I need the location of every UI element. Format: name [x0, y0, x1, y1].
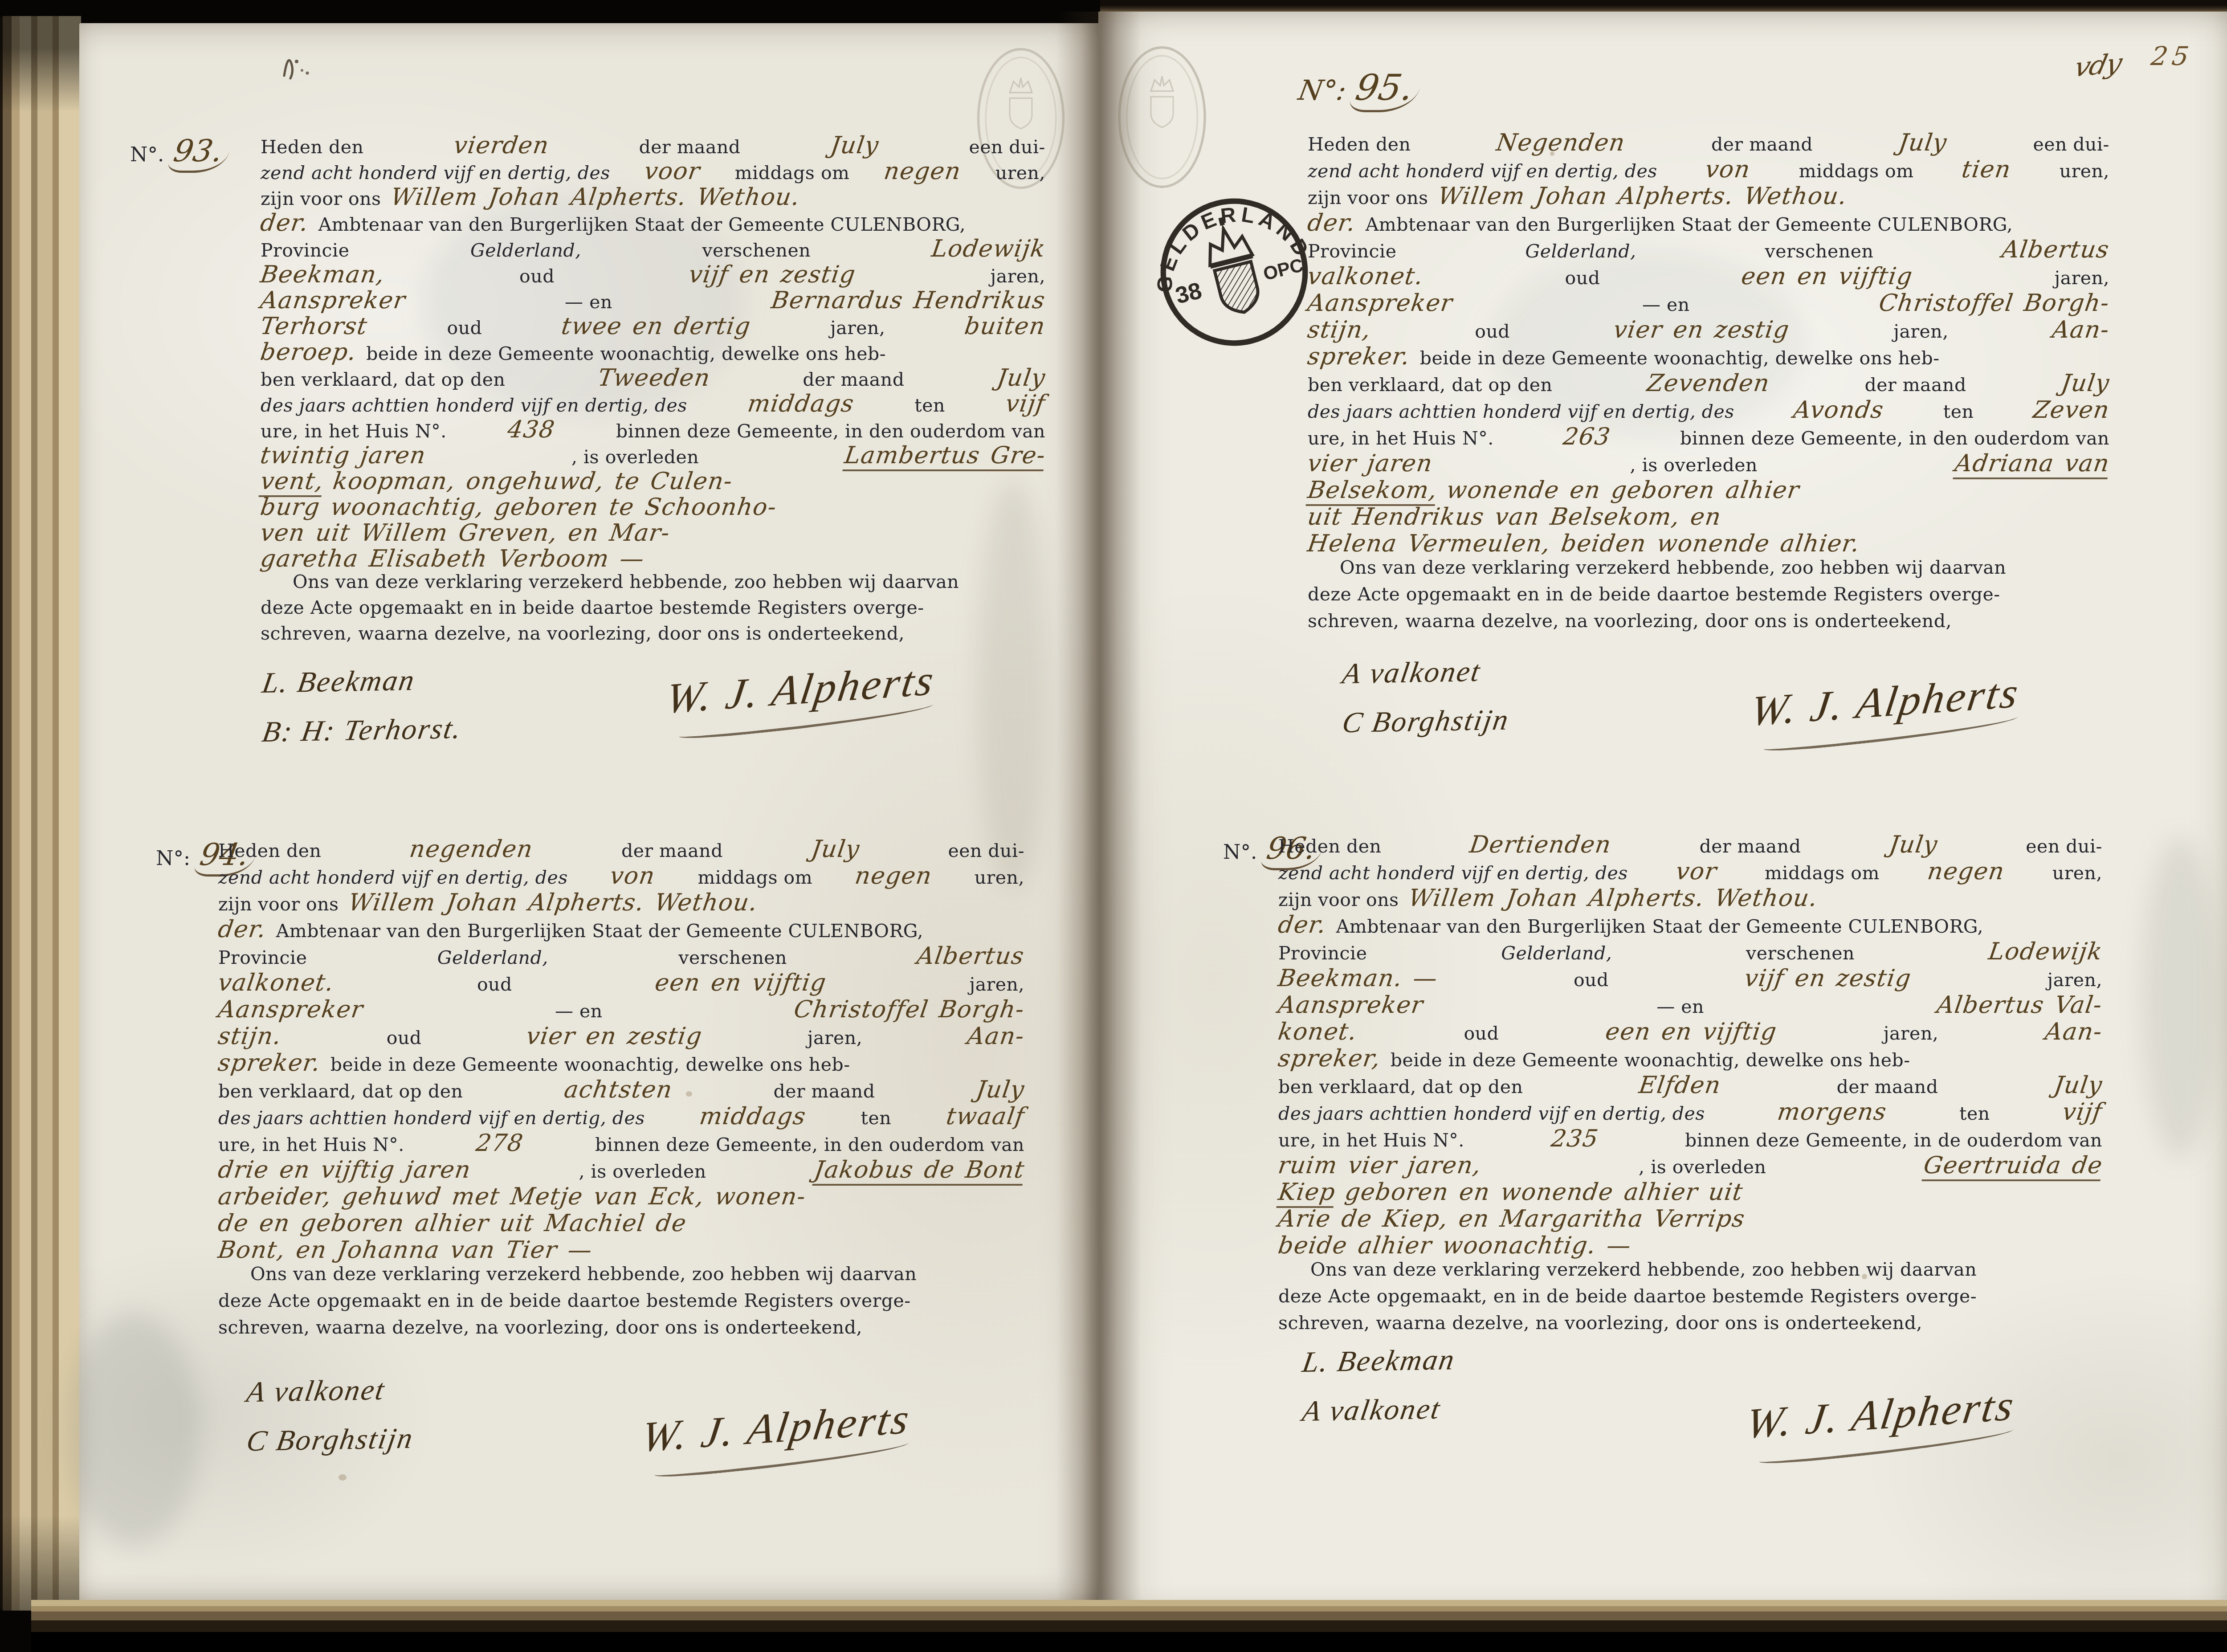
printed-text: middags om — [1799, 160, 1914, 182]
handwritten-text: Aan- — [966, 1023, 1026, 1050]
printed-text: verschenen — [678, 947, 787, 968]
record-line: Beekman,oudvijf en zestigjaren, — [261, 261, 1045, 287]
printed-text: een dui- — [2026, 836, 2102, 857]
printed-text: verschenen — [702, 240, 811, 261]
death-record-94: Heden dennegendender maandJulyeen dui-ze… — [218, 836, 1024, 1343]
printed-text: des jaars achttien honderd vijf en derti… — [218, 1107, 645, 1129]
printed-text: deze Acte opgemaakt en in beide daartoe … — [261, 597, 924, 618]
record-line: garetha Elisabeth Verboom — — [261, 545, 1045, 571]
corner-check-mark: vdy — [2072, 48, 2124, 83]
printed-text: Heden den — [1308, 134, 1411, 155]
handwritten-text: July — [809, 836, 861, 863]
printed-text: schreven, waarna dezelve, na voorlezing,… — [261, 623, 905, 644]
handwritten-text: der. — [259, 209, 310, 237]
witness-signature: A valkonet — [1300, 1392, 1458, 1428]
printed-text: Gelderland, — [1501, 942, 1612, 964]
printed-text: ben verklaard, dat op den — [261, 369, 505, 390]
record-line: zend acht honderd vijf en dertig, desvon… — [1308, 156, 2109, 183]
printed-text: zijn voor ons — [1308, 187, 1428, 208]
death-record-95: Heden denNegendender maandJulyeen dui-ze… — [1308, 129, 2109, 637]
handwritten-text: Lambertus Gre- — [842, 442, 1047, 471]
printed-text: middags om — [735, 162, 850, 184]
record-line: schreven, waarna dezelve, na voorlezing,… — [218, 1317, 1024, 1343]
record-line: Heden dennegendender maandJulyeen dui- — [218, 836, 1024, 862]
record-line: zijn voor onsWillem Johan Alpherts. Weth… — [1308, 183, 2109, 209]
handwritten-text: Elfden — [1637, 1072, 1722, 1099]
record-line: spreker,beide in deze Gemeente woonachti… — [1278, 1045, 2102, 1072]
stamp-value-left: 38 — [1173, 277, 1204, 309]
handwritten-text: 278 — [474, 1130, 525, 1157]
record-line: Belsekom,wonende en geboren alhier — [1308, 477, 2109, 503]
handwritten-text: vor — [1674, 858, 1718, 885]
printed-text: beide in deze Gemeente woonachtig, dewel… — [330, 1054, 850, 1075]
record-line: burg woonachtig, geboren te Schoonho- — [261, 494, 1045, 519]
record-line: des jaars achttien honderd vijf en derti… — [218, 1103, 1024, 1130]
handwritten-text: Willem Johan Alpherts. Wethou. — [347, 889, 759, 916]
handwritten-text: Aan- — [2043, 1018, 2104, 1045]
handwritten-text: July — [829, 132, 881, 159]
handwritten-text: twintig jaren — [259, 442, 428, 469]
record-line: schreven, waarna dezelve, na voorlezing,… — [1278, 1312, 2102, 1339]
handwritten-text: twee en dertig — [560, 313, 753, 340]
handwritten-text: Albertus Val- — [1935, 991, 2104, 1019]
printed-text: oud — [477, 974, 512, 995]
record-number-value: 95. — [1348, 67, 1423, 112]
printed-text: Ambtenaar van den Burgerlijken Staat der… — [276, 920, 923, 942]
handwritten-text: Willem Johan Alpherts. Wethou. — [1436, 183, 1848, 210]
handwritten-text: Aanspreker — [216, 996, 365, 1023]
record-number-label: N°. — [130, 143, 164, 166]
record-number-label: N°. — [1223, 840, 1257, 864]
record-line: ben verklaard, dat op denElfdender maand… — [1278, 1072, 2102, 1098]
printed-text: Ambtenaar van den Burgerlijken Staat der… — [1366, 214, 2013, 235]
printed-text: binnen deze Gemeente, in den ouderdom va… — [595, 1134, 1024, 1155]
printed-text: jaren, — [1884, 1023, 1938, 1044]
record-line: spreker.beide in deze Gemeente woonachti… — [1308, 343, 2109, 370]
printed-text: oud — [1565, 267, 1600, 289]
printed-text: Ambtenaar van den Burgerlijken Staat der… — [1336, 916, 1983, 937]
book-page-edges-bottom — [31, 1600, 2227, 1652]
record-line: Bont, en Johanna van Tier — — [218, 1236, 1024, 1263]
handwritten-text: tien — [1960, 156, 2013, 183]
handwritten-text: valkonet. — [1306, 263, 1425, 290]
printed-text: ten — [1959, 1103, 1990, 1124]
record-line: beroep.beide in deze Gemeente woonachtig… — [261, 339, 1045, 364]
printed-text: Heden den — [261, 136, 363, 158]
handwritten-text: Christoffel Borgh- — [792, 996, 1027, 1023]
printed-text: jaren, — [808, 1027, 862, 1048]
handwritten-text: uit Hendrikus van Belsekom, en — [1306, 503, 1723, 530]
printed-text: Provincie — [218, 947, 307, 968]
embossed-seal-icon — [1113, 43, 1211, 192]
printed-text: Ons van deze verklaring verzekerd hebben… — [293, 571, 959, 592]
printed-text: zend acht honderd vijf en dertig, des — [1308, 160, 1657, 182]
printed-text: — en — [1642, 294, 1690, 315]
printed-text: der maand — [1865, 374, 1966, 396]
handwritten-text: vier jaren — [1306, 450, 1435, 477]
handwritten-text: Aan- — [2051, 316, 2111, 343]
handwritten-text: garetha Elisabeth Verboom — — [259, 545, 646, 572]
record-line: vier jaren, is overledenAdriana van — [1308, 450, 2109, 477]
record-line: de en geboren alhier uit Machiel de — [218, 1210, 1024, 1236]
record-line: ben verklaard, dat op denZevendender maa… — [1308, 370, 2109, 396]
handwritten-text: Dertienden — [1468, 831, 1613, 858]
photo-background: GELDERLAND 38 OPC vdy 25 N°. 93. N°: 94.… — [0, 0, 2227, 1652]
handwritten-text: Lodewijk — [1986, 938, 2104, 965]
record-line: Ons van deze verklaring verzekerd hebben… — [261, 571, 1045, 597]
printed-text: jaren, — [2048, 969, 2102, 991]
record-line: Ons van deze verklaring verzekerd hebben… — [1308, 557, 2109, 583]
handwritten-text: vijf en zestig — [687, 261, 857, 288]
record-line: ure, in het Huis N°.278binnen deze Gemee… — [218, 1130, 1024, 1156]
record-line: beide alhier woonachtig. — — [1278, 1232, 2102, 1259]
foxing-spot — [339, 1474, 347, 1481]
printed-text: jaren, — [970, 974, 1024, 995]
witness-signature: L. Beekman — [260, 663, 465, 700]
printed-text: Gelderland, — [470, 240, 581, 261]
printed-text: , is overleden — [1630, 454, 1758, 476]
printed-text: der maand — [1699, 836, 1801, 857]
record-line: zend acht honderd vijf en dertig, desvor… — [1278, 858, 2102, 885]
printed-text: ten — [861, 1107, 892, 1129]
record-line: des jaars achttien honderd vijf en derti… — [261, 390, 1045, 416]
record-number-95: N°: 95. — [1299, 67, 1419, 112]
record-line: schreven, waarna dezelve, na voorlezing,… — [261, 623, 1045, 649]
handwritten-text: ven uit Willem Greven, en Mar- — [259, 519, 672, 547]
book-page-edges-left — [0, 16, 81, 1611]
record-line: stijn.oudvier en zestigjaren,Aan- — [218, 1023, 1024, 1049]
handwritten-text: middags — [746, 390, 856, 417]
printed-text: schreven, waarna dezelve, na voorlezing,… — [218, 1317, 862, 1338]
record-number-label: N°: — [1296, 74, 1349, 106]
handwritten-text: Beekman. — — [1277, 965, 1440, 992]
record-line: valkonet.oudeen en vijftigjaren, — [218, 969, 1024, 996]
record-line: Heden denDertiendender maandJulyeen dui- — [1278, 831, 2102, 858]
printed-text: der maand — [1836, 1076, 1938, 1097]
handwritten-text: Negenden — [1495, 129, 1627, 156]
handwritten-text: Aanspreker — [1306, 290, 1455, 317]
printed-text: verschenen — [1746, 942, 1855, 964]
handwritten-text: een en vijftig — [653, 969, 828, 996]
handwritten-text: vijf — [1004, 390, 1048, 417]
record-line: twintig jaren, is overledenLambertus Gre… — [261, 442, 1045, 468]
record-line: der.Ambtenaar van den Burgerlijken Staat… — [261, 209, 1045, 235]
record-line: Aanspreker— enBernardus Hendrikus — [261, 287, 1045, 313]
handwritten-text: July — [974, 1076, 1026, 1103]
handwritten-text: Aanspreker — [1277, 991, 1425, 1019]
handwritten-text: vijf — [2061, 1098, 2105, 1126]
printed-text: oud — [1475, 321, 1510, 342]
printed-text: ure, in het Huis N°. — [218, 1134, 404, 1155]
printed-text: jaren, — [2055, 267, 2109, 289]
printed-text: der maand — [621, 840, 723, 861]
printed-text: , is overleden — [571, 446, 699, 468]
handwritten-text: negen — [882, 158, 963, 185]
handwritten-text: 235 — [1549, 1125, 1600, 1152]
witness-signatures-95: A valkonetC Borghstijn — [1343, 656, 1509, 738]
printed-text: Provincie — [261, 240, 349, 261]
handwritten-text: der. — [1306, 209, 1358, 237]
record-line: Heden denvierdender maandJulyeen dui- — [261, 132, 1045, 158]
handwritten-text: von — [1704, 156, 1752, 183]
printed-text: Gelderland, — [1525, 241, 1636, 262]
record-line: stijn,oudvier en zestigjaren,Aan- — [1308, 316, 2109, 343]
record-line: konet.oudeen en vijftigjaren,Aan- — [1278, 1018, 2102, 1045]
printed-text: uren, — [2060, 160, 2109, 182]
printed-text: oud — [447, 317, 482, 339]
printed-text: ben verklaard, dat op den — [1278, 1076, 1523, 1097]
witness-signature: L. Beekman — [1300, 1343, 1458, 1379]
printed-text: schreven, waarna dezelve, na voorlezing,… — [1308, 610, 1952, 632]
handwritten-text: der. — [216, 916, 268, 943]
handwritten-text: negenden — [408, 836, 535, 863]
handwritten-text: spreker, — [1277, 1045, 1383, 1072]
record-line: ure, in het Huis N°.235binnen deze Gemee… — [1278, 1125, 2102, 1152]
printed-text: beide in deze Gemeente woonachtig, dewel… — [366, 343, 886, 364]
printed-text: een dui- — [948, 840, 1024, 861]
record-line: ProvincieGelderland,verschenenLodewijk — [1278, 938, 2102, 965]
record-line: des jaars achttien honderd vijf en derti… — [1308, 396, 2109, 423]
handwritten-text: geboren en wonende alhier uit — [1343, 1179, 1745, 1206]
printed-text: ure, in het Huis N°. — [1308, 428, 1494, 449]
printed-text: Ons van deze verklaring verzekerd hebben… — [1340, 557, 2006, 578]
death-record-96: Heden denDertiendender maandJulyeen dui-… — [1278, 831, 2102, 1339]
record-number-value: 93. — [167, 134, 232, 173]
handwritten-text: vijf en zestig — [1743, 965, 1913, 992]
printed-text: beide in deze Gemeente woonachtig, dewel… — [1420, 347, 1940, 369]
printed-text: zend acht honderd vijf en dertig, des — [261, 162, 610, 184]
record-line: arbeider, gehuwd met Metje van Eck, wone… — [218, 1183, 1024, 1210]
handwritten-text: spreker. — [1306, 343, 1412, 370]
printed-text: een dui- — [969, 136, 1045, 158]
handwritten-text: achtsten — [562, 1076, 674, 1103]
handwritten-text: valkonet. — [216, 969, 336, 996]
handwritten-text: wonende en geboren alhier — [1445, 477, 1802, 504]
handwritten-text: Bernardus Hendrikus — [770, 287, 1047, 314]
record-line: zijn voor onsWillem Johan Alpherts. Weth… — [218, 889, 1024, 916]
printed-text: binnen deze Gemeente, in den ouderdom va… — [616, 420, 1045, 442]
stamp-value-right: OPC — [1261, 254, 1305, 285]
printed-text: des jaars achttien honderd vijf en derti… — [1308, 401, 1734, 422]
handwritten-text: koopman, ongehuwd, te Culen- — [331, 468, 734, 495]
printed-text: zijn voor ons — [1278, 889, 1399, 910]
record-line: ProvincieGelderland,verschenenAlbertus — [1308, 236, 2109, 263]
printed-text: Ambtenaar van den Burgerlijken Staat der… — [318, 214, 966, 235]
record-line: ProvincieGelderland,verschenenLodewijk — [261, 235, 1045, 261]
handwritten-text: vent, — [258, 468, 325, 497]
printed-text: deze Acte opgemaakt en in de beide daart… — [218, 1290, 911, 1311]
record-line: uit Hendrikus van Belsekom, en — [1308, 503, 2109, 530]
printed-text: jaren, — [830, 317, 885, 339]
record-line: Kiepgeboren en wonende alhier uit — [1278, 1179, 2102, 1205]
record-line: der.Ambtenaar van den Burgerlijken Staat… — [1308, 209, 2109, 236]
printed-text: der maand — [639, 136, 740, 158]
handwritten-text: burg woonachtig, geboren te Schoonho- — [259, 494, 779, 521]
handwritten-text: July — [2052, 1072, 2104, 1099]
handwritten-text: middags — [698, 1103, 808, 1130]
handwritten-text: Lodewijk — [930, 235, 1047, 262]
printed-text: der maand — [803, 369, 904, 390]
record-line: ProvincieGelderland,verschenenAlbertus — [218, 942, 1024, 969]
handwritten-text: voor — [643, 158, 702, 185]
witness-signature: A valkonet — [244, 1373, 416, 1409]
printed-text: uren, — [995, 162, 1045, 184]
handwritten-text: Willem Johan Alpherts. Wethou. — [389, 184, 801, 211]
record-line: zijn voor onsWillem Johan Alpherts. Weth… — [1278, 885, 2102, 911]
handwritten-text: Willem Johan Alpherts. Wethou. — [1407, 885, 1819, 912]
handwritten-text: Bont, en Johanna van Tier — — [216, 1236, 594, 1264]
record-line: zend acht honderd vijf en dertig, desvon… — [218, 862, 1024, 889]
witness-signatures-96: L. BeekmanA valkonet — [1303, 1344, 1455, 1427]
record-line: Arie de Kiep, en Margaritha Verrips — [1278, 1205, 2102, 1232]
handwritten-text: stijn, — [1306, 316, 1373, 343]
shield-icon — [1215, 261, 1262, 317]
handwritten-text: een en vijftig — [1740, 263, 1915, 290]
printed-text: ten — [1943, 401, 1974, 422]
record-line: ben verklaard, dat op denachtstender maa… — [218, 1076, 1024, 1103]
handwritten-text: Geertruida de — [1921, 1152, 2105, 1181]
printed-text: — en — [1656, 996, 1704, 1017]
record-line: der.Ambtenaar van den Burgerlijken Staat… — [218, 916, 1024, 942]
handwritten-text: Arie de Kiep, en Margaritha Verrips — [1277, 1205, 1747, 1232]
witness-signatures-93: L. BeekmanB: H: Terhorst. — [263, 665, 462, 747]
printed-text: een dui- — [2033, 134, 2109, 155]
handwritten-text: Belsekom, — [1305, 477, 1439, 506]
printed-text: uren, — [975, 867, 1024, 888]
printed-text: deze Acte opgemaakt en in de beide daart… — [1308, 583, 2000, 605]
handwritten-text: 438 — [506, 416, 557, 443]
printed-text: binnen deze Gemeente, in den ouderdom va… — [1680, 428, 2109, 449]
record-line: zend acht honderd vijf en dertig, desvoo… — [261, 158, 1045, 184]
printed-text: beide in deze Gemeente woonachtig, dewel… — [1391, 1049, 1910, 1071]
handwritten-text: een en vijftig — [1604, 1018, 1779, 1045]
witness-signature: B: H: Terhorst. — [260, 712, 465, 749]
handwritten-text: Aanspreker — [259, 287, 408, 314]
witness-signature: A valkonet — [1340, 654, 1512, 691]
handwritten-text: Beekman, — [259, 261, 387, 288]
handwritten-text: arbeider, gehuwd met Metje van Eck, wone… — [216, 1183, 808, 1210]
printed-text: oud — [387, 1027, 422, 1048]
record-line: Heden denNegendender maandJulyeen dui- — [1308, 129, 2109, 156]
handwritten-text: stijn. — [216, 1023, 283, 1050]
printed-text: zend acht honderd vijf en dertig, des — [218, 867, 568, 888]
record-line: Ons van deze verklaring verzekerd hebben… — [1278, 1259, 2102, 1285]
handwritten-text: morgens — [1776, 1098, 1888, 1126]
handwritten-text: von — [608, 862, 657, 889]
handwritten-text: July — [1897, 129, 1949, 156]
printed-text: deze Acte opgemaakt, en in de beide daar… — [1278, 1285, 1977, 1307]
record-line: ven uit Willem Greven, en Mar- — [261, 519, 1045, 545]
record-line: Aanspreker— enChristoffel Borgh- — [218, 996, 1024, 1023]
record-line: deze Acte opgemaakt en in beide daartoe … — [261, 597, 1045, 623]
handwritten-text: beide alhier woonachtig. — — [1277, 1232, 1633, 1259]
handwritten-text: buiten — [963, 313, 1047, 340]
record-line: vent,koopman, ongehuwd, te Culen- — [261, 468, 1045, 494]
printed-text: ben verklaard, dat op den — [218, 1081, 463, 1102]
handwritten-text: Zevenden — [1645, 370, 1772, 397]
ink-blot-icon — [271, 45, 342, 89]
record-line: Beekman. —oudvijf en zestigjaren, — [1278, 965, 2102, 991]
printed-text: zend acht honderd vijf en dertig, des — [1278, 862, 1628, 884]
record-line: der.Ambtenaar van den Burgerlijken Staat… — [1278, 911, 2102, 938]
printed-text: schreven, waarna dezelve, na voorlezing,… — [1278, 1312, 1922, 1334]
record-line: Ons van deze verklaring verzekerd hebben… — [218, 1263, 1024, 1290]
handwritten-text: Zeven — [2031, 396, 2112, 424]
handwritten-text: der. — [1277, 911, 1328, 938]
printed-text: — en — [555, 1000, 603, 1022]
handwritten-text: Tweeden — [596, 364, 712, 392]
record-line: zijn voor onsWillem Johan Alpherts. Weth… — [261, 184, 1045, 209]
handwritten-text: vierden — [452, 132, 551, 159]
handwritten-text: Albertus — [915, 942, 1026, 970]
printed-text: oud — [1464, 1023, 1499, 1044]
printed-text: middags om — [1765, 862, 1880, 884]
record-line: ruim vier jaren,, is overledenGeertruida… — [1278, 1152, 2102, 1179]
handwritten-text: Jakobus de Bont — [812, 1156, 1026, 1186]
record-number-label: N°: — [156, 846, 190, 870]
printed-text: — en — [565, 291, 612, 313]
handwritten-text: negen — [1925, 858, 2006, 885]
printed-text: middags om — [697, 867, 812, 888]
printed-text: ure, in het Huis N°. — [261, 420, 447, 442]
printed-text: , is overleden — [579, 1161, 706, 1182]
printed-text: , is overleden — [1639, 1156, 1766, 1178]
witness-signature: C Borghstijn — [244, 1422, 416, 1458]
handwritten-text: Albertus — [2000, 236, 2111, 263]
record-line: des jaars achttien honderd vijf en derti… — [1278, 1098, 2102, 1125]
record-line: Aanspreker— enChristoffel Borgh- — [1308, 290, 2109, 316]
handwritten-text: Terhorst — [259, 313, 369, 340]
record-number-93: N°. 93. — [130, 134, 229, 173]
handwritten-text: de en geboren alhier uit Machiel de — [216, 1210, 689, 1237]
handwritten-text: negen — [853, 862, 934, 889]
witness-signature: C Borghstijn — [1340, 703, 1512, 740]
printed-text: Heden den — [1278, 836, 1381, 857]
handwritten-text: July — [995, 364, 1047, 392]
page-number: 25 — [2149, 41, 2195, 71]
handwritten-text: Helena Vermeulen, beiden wonende alhier. — [1306, 530, 1862, 557]
handwritten-text: Christoffel Borgh- — [1877, 290, 2112, 317]
printed-text: der maand — [1711, 134, 1813, 155]
record-line: valkonet.oudeen en vijftigjaren, — [1308, 263, 2109, 290]
handwritten-text: vier en zestig — [1612, 316, 1791, 343]
handwritten-text: July — [1887, 831, 1939, 858]
printed-text: Ons van deze verklaring verzekerd hebben… — [1310, 1259, 1977, 1280]
handwritten-text: July — [2059, 370, 2111, 397]
handwritten-text: Adriana van — [1953, 450, 2112, 479]
handwritten-text: drie en vijftig jaren — [216, 1156, 473, 1183]
printed-text: ten — [914, 395, 945, 416]
printed-text: des jaars achttien honderd vijf en derti… — [261, 395, 687, 416]
handwritten-text: spreker. — [216, 1049, 322, 1077]
record-line: ure, in het Huis N°.263binnen deze Gemee… — [1308, 423, 2109, 450]
record-line: deze Acte opgemaakt en in de beide daart… — [1308, 583, 2109, 610]
printed-text: der maand — [773, 1081, 875, 1102]
record-line: schreven, waarna dezelve, na voorlezing,… — [1308, 610, 2109, 637]
printed-text: jaren, — [1893, 321, 1948, 342]
printed-text: oud — [1574, 969, 1609, 991]
printed-text: zijn voor ons — [261, 188, 381, 209]
handwritten-text: konet. — [1277, 1018, 1359, 1045]
printed-text: Heden den — [218, 840, 321, 861]
handwritten-text: Kiep — [1276, 1179, 1337, 1208]
record-line: Terhorstoudtwee en dertigjaren,buiten — [261, 313, 1045, 339]
handwritten-text: ruim vier jaren, — [1277, 1152, 1483, 1179]
printed-text: ben verklaard, dat op den — [1308, 374, 1552, 396]
printed-text: oud — [519, 265, 555, 287]
record-line: Helena Vermeulen, beiden wonende alhier. — [1308, 530, 2109, 557]
record-line: Aanspreker— enAlbertus Val- — [1278, 991, 2102, 1018]
